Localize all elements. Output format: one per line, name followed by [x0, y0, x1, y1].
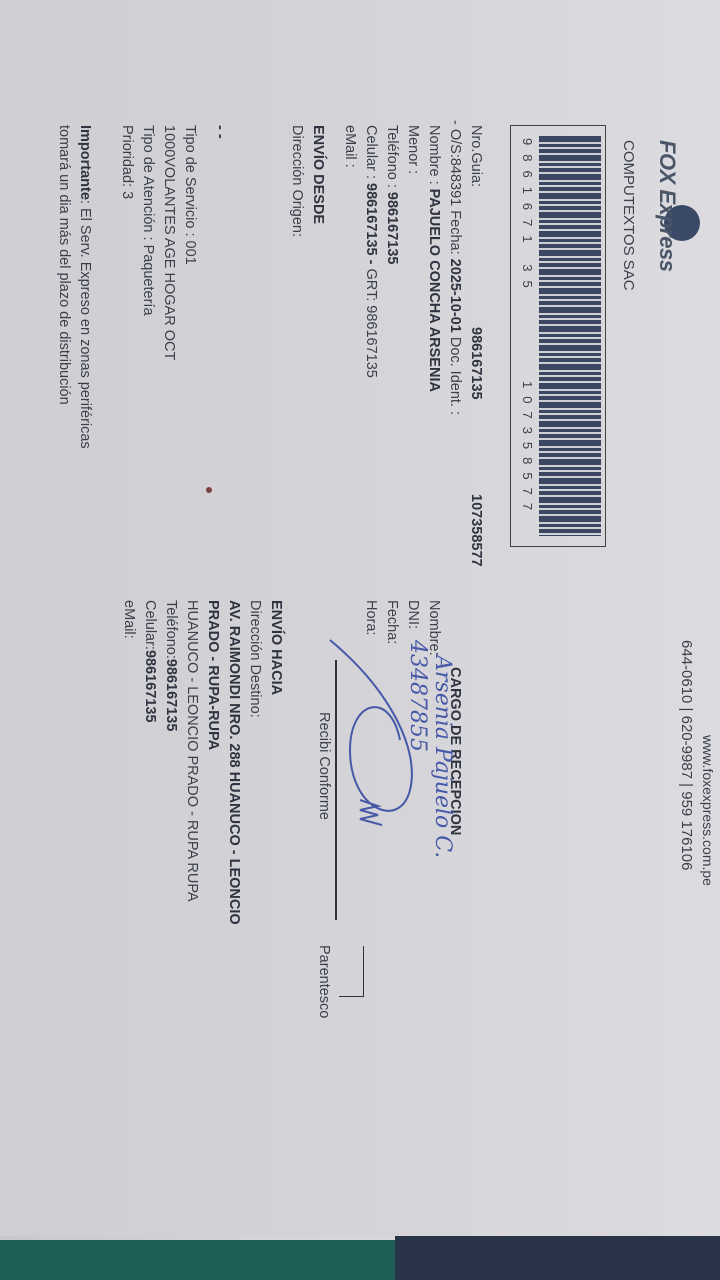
destination-city: HUANUCO - LEONCIO PRADO - RUPA RUPA: [181, 600, 202, 902]
barcode-digits-left: 9861671 35: [520, 138, 535, 297]
website-url: www.foxexpress.com.pe: [700, 735, 716, 886]
parentesco-label: Parentesco: [313, 945, 334, 1018]
service-dashes: - -: [209, 125, 230, 139]
guia-label: Nro.Guia:: [465, 125, 486, 187]
destination-title: ENVÍO HACIA: [265, 600, 286, 695]
service-description: 1000VOLANTES AGE HOGAR OCT: [158, 125, 179, 360]
destination-address-line2: PRADO - RUPA-RUPA: [202, 600, 223, 750]
signature-line: [336, 660, 338, 920]
destination-celular: Celular:986167135: [139, 600, 160, 723]
barcode-digits-right: 107358577: [520, 381, 535, 518]
barcode-bars: [539, 136, 601, 536]
barcode: 9861671 35 107358577: [510, 125, 606, 547]
reception-dni-label: DNI:: [402, 600, 423, 629]
important-note-line1: Importante: El Serv. Expreso en zonas pe…: [74, 125, 95, 449]
destination-telefono: Teléfono:986167135: [160, 600, 181, 731]
telefono-field: Teléfono : 986167135: [381, 125, 402, 265]
parentesco-box: [339, 946, 364, 997]
destination-email: eMail:: [118, 600, 139, 639]
recibi-conforme-label: Recibi Conforme: [313, 712, 334, 820]
recipient-name: Nombre : PAJUELO CONCHA ARSENIA: [423, 125, 444, 392]
sender-company: COMPUTEXTOS SAC: [620, 140, 637, 291]
attention-type: Tipo de Atención : Paquetería: [137, 125, 158, 316]
menor-field: Menor :: [402, 125, 423, 174]
guia-number: 986167135: [465, 327, 486, 400]
service-type: Tipo de Servicio : 001: [179, 125, 200, 265]
tracking-code: 107358577: [465, 494, 486, 567]
background-fabric-green: [0, 1240, 395, 1280]
os-line: - O/S:848391 Fecha: 2025-10-01 Doc. Iden…: [444, 120, 465, 415]
handwritten-name: Arsenia Pajuelo C.: [430, 655, 455, 858]
email-field: eMail :: [339, 125, 360, 168]
brand-logo: FOX Express: [654, 140, 680, 271]
origin-title: ENVÍO DESDE: [307, 125, 328, 224]
shipping-label-document: www.foxexpress.com.pe 644-0610 | 620-998…: [0, 0, 720, 1236]
important-note-line2: tomará un dia más del plazo de distribuc…: [53, 125, 74, 405]
background-fabric-navy: [395, 1234, 720, 1280]
priority: Prioridad: 3: [116, 125, 137, 199]
origin-address: Dirección Origen:: [286, 125, 307, 237]
destination-address-line1: AV. RAIMONDI NRO. 288 HUANUCO - LEONCIO: [223, 600, 244, 925]
phone-numbers: 644-0610 | 620-9987 | 959 176106: [678, 640, 695, 871]
destination-address-label: Dirección Destino:: [244, 600, 265, 718]
celular-field: Celular : 986167135 - GRT: 986167135: [360, 125, 381, 378]
ink-dot: [206, 487, 212, 493]
